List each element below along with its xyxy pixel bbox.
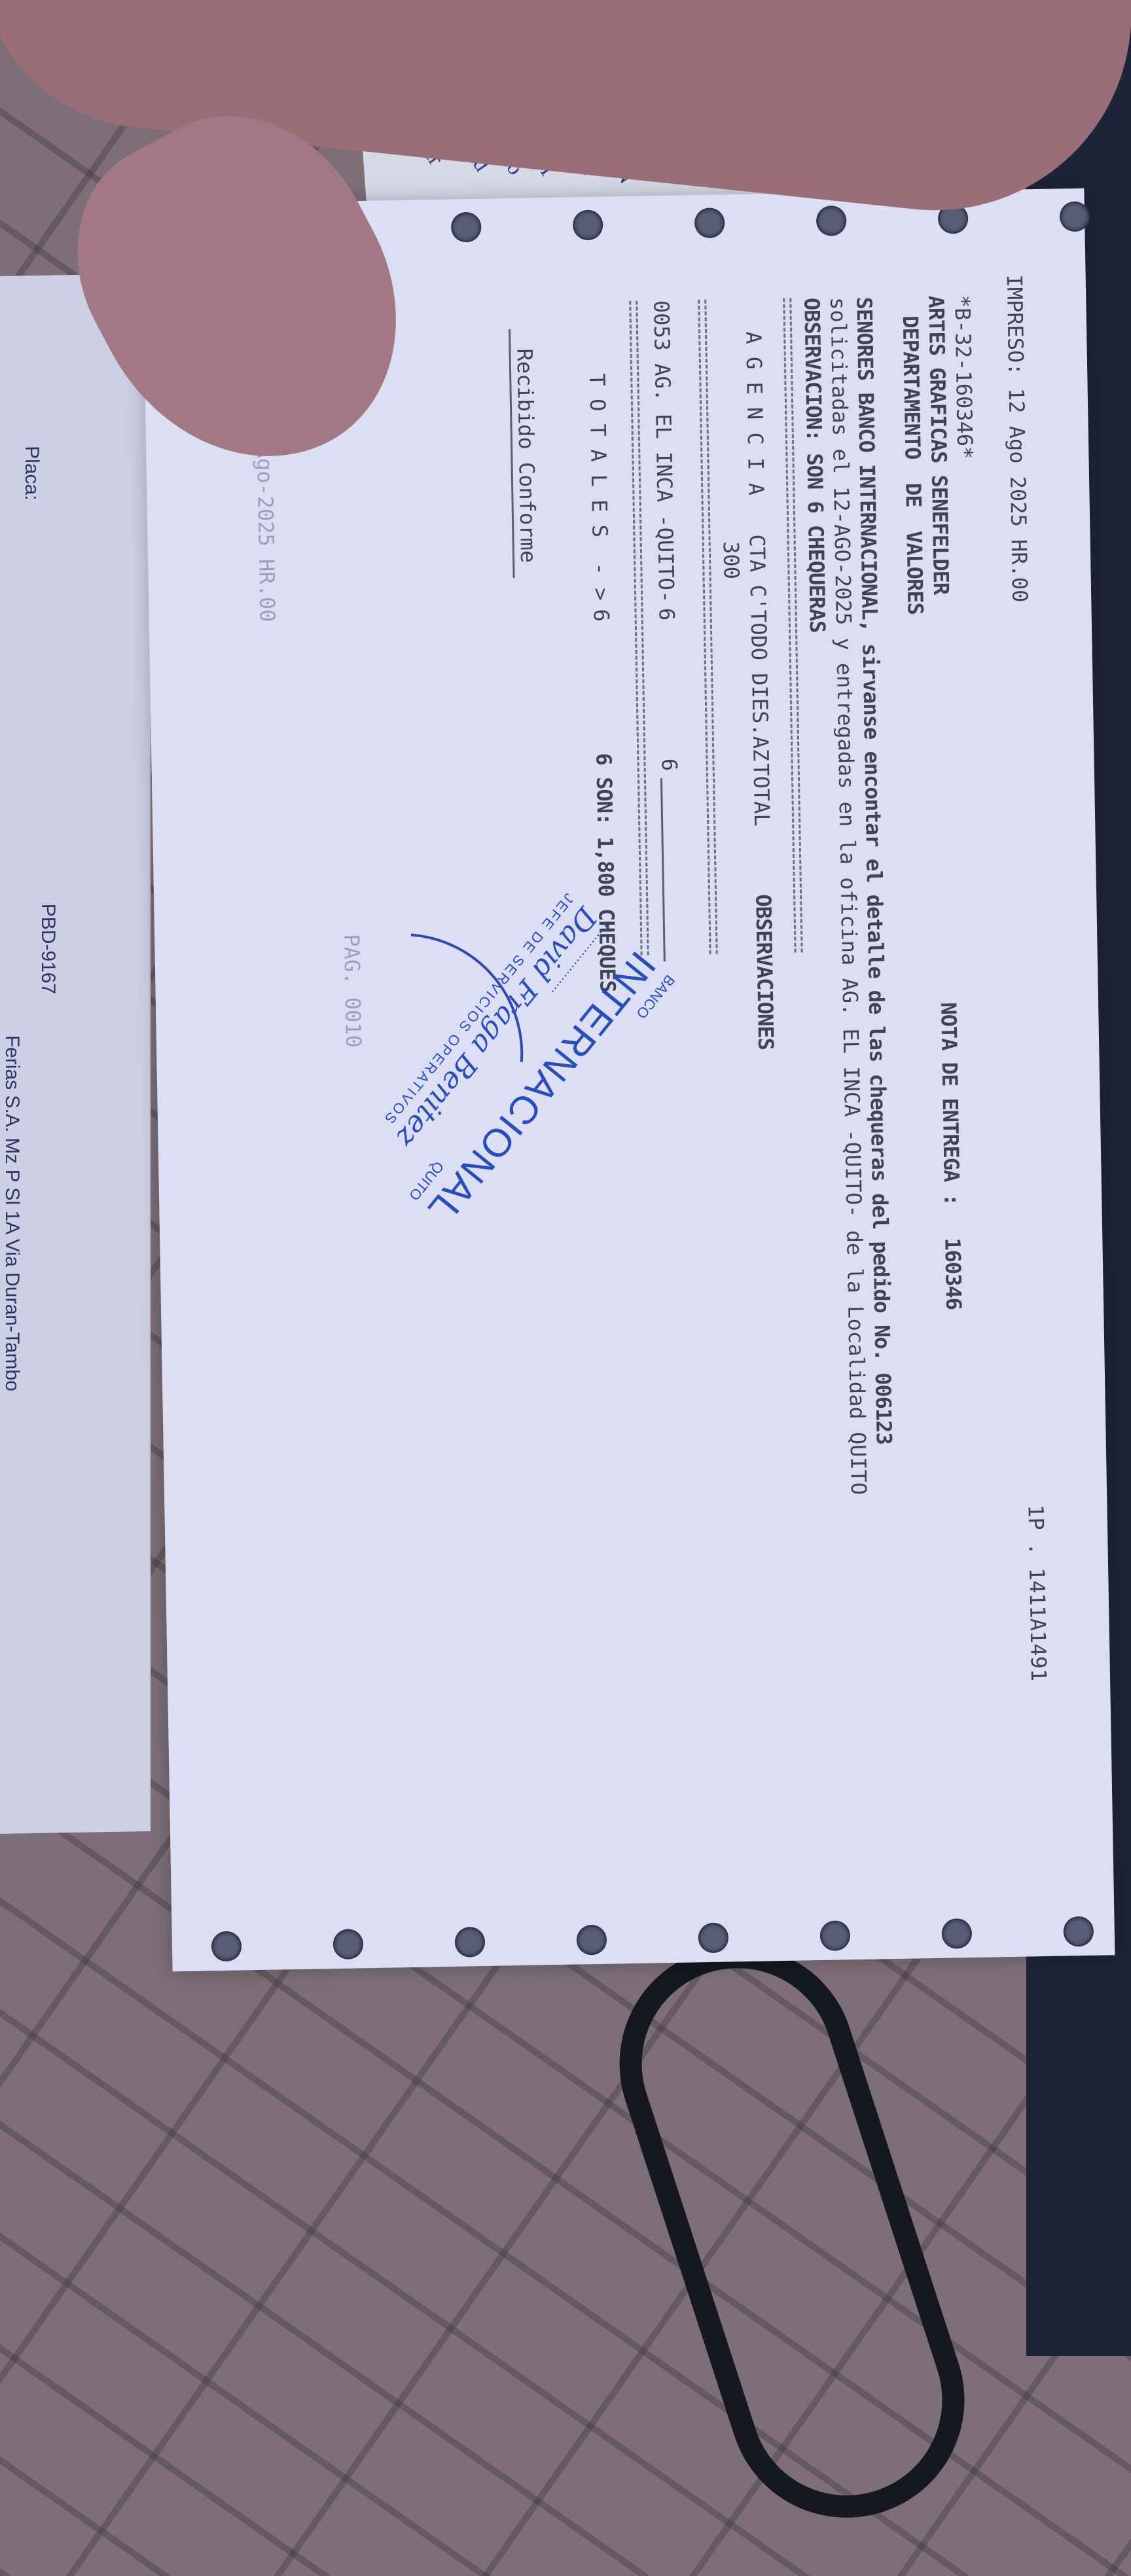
right-edge-faint: 1P . 1411A1491 (1023, 1505, 1051, 1681)
transport-form-sheet: Placa: PBD-9167 Ferias S.A. Mz P Sl 1A V… (0, 274, 151, 1834)
top-edge-text: IMPRESO: 12 Ago 2025 HR.00 (1002, 274, 1033, 602)
transport-address: Ferias S.A. Mz P Sl 1A Via Duran-Tambo (1, 1035, 23, 1391)
plate-label: Placa: (20, 446, 43, 501)
plate-number: PBD-9167 (37, 903, 59, 994)
note-content: IMPRESO: 12 Ago 2025 HR.00 1P . 1411A149… (195, 235, 1074, 1886)
company-name: ARTES GRAFICAS SENEFELDER (924, 295, 954, 594)
barcode-ref: *B-32-160346* (950, 295, 977, 459)
totals-label: T O T A L E S - > (584, 373, 613, 600)
row-agencia: 0053 AG. EL INCA -QUITO- (649, 300, 679, 603)
delivery-note-label: NOTA DE ENTREGA : (936, 1002, 964, 1206)
divider (704, 300, 717, 954)
divider (629, 301, 642, 956)
row-total: 6 (656, 759, 681, 772)
row-cta: 6 (654, 608, 679, 621)
divider (698, 300, 711, 954)
divider (636, 301, 649, 956)
observation: OBSERVACION: SON 6 CHEQUERAS (799, 298, 830, 633)
rule (660, 778, 666, 961)
tractor-feed-holes-bottom (211, 1912, 1131, 1961)
department-name: DEPARTAMENTO DE VALORES (898, 315, 928, 615)
table-header-observaciones: OBSERVACIONES (751, 894, 778, 1050)
chair-frame (589, 1915, 995, 2548)
table-header-cta: CTA C'TODO DIES.AZ (744, 534, 773, 761)
received-label: Recibido Conforme (512, 348, 541, 563)
table-header-agencia: A G E N C I A (741, 331, 768, 495)
totals-cta: 6 (588, 609, 613, 622)
delivery-note-paper: IMPRESO: 12 Ago 2025 HR.00 1P . 1411A149… (142, 188, 1115, 1972)
divider (783, 298, 796, 953)
table-header-total: TOTAL (749, 763, 775, 827)
delivery-note-number: 160346 (940, 1238, 966, 1310)
table-subheader-300: 300 (719, 541, 744, 579)
